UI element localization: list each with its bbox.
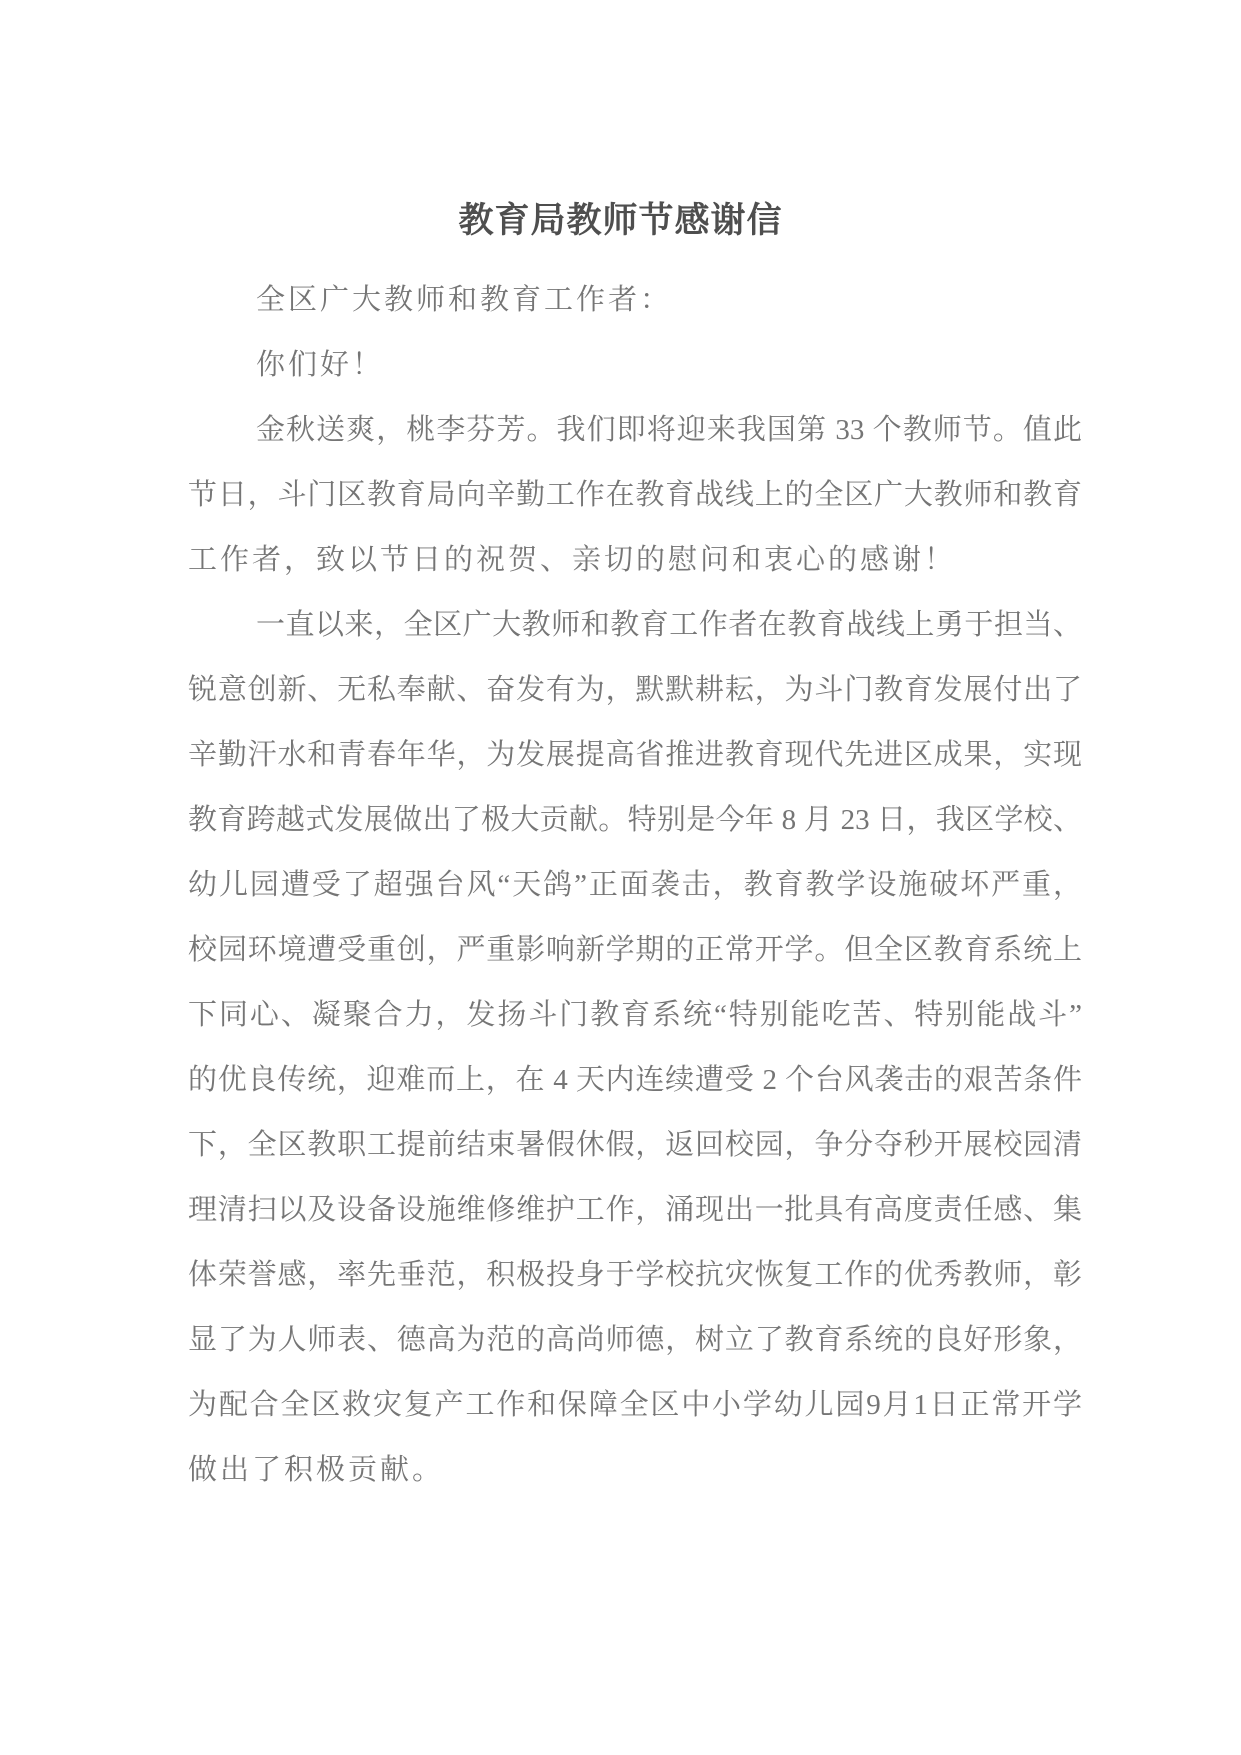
text-line: 为配合全区救灾复产工作和保障全区中小学幼儿园9月1日正常开学 <box>188 1373 1082 1438</box>
text-line: 下同心、凝聚合力，发扬斗门教育系统“特别能吃苦、特别能战斗” <box>188 983 1082 1048</box>
text-line: 辛勤汗水和青春年华，为发展提高省推进教育现代先进区成果，实现 <box>188 723 1082 788</box>
main-paragraph: 一直以来，全区广大教师和教育工作者在教育战线上勇于担当、 锐意创新、无私奉献、奋… <box>188 593 1082 1503</box>
text-line: 理清扫以及设备设施维修维护工作，涌现出一批具有高度责任感、集 <box>188 1178 1082 1243</box>
text-line: 做出了积极贡献。 <box>188 1438 1082 1503</box>
text-line: 你们好！ <box>188 333 1082 398</box>
text-line: 锐意创新、无私奉献、奋发有为，默默耕耘，为斗门教育发展付出了 <box>188 658 1082 723</box>
salutation-paragraph: 全区广大教师和教育工作者： <box>188 268 1082 333</box>
text-line: 体荣誉感，率先垂范，积极投身于学校抗灾恢复工作的优秀教师，彰 <box>188 1243 1082 1308</box>
text-line: 教育跨越式发展做出了极大贡献。特别是今年 8 月 23 日，我区学校、 <box>188 788 1082 853</box>
text-line: 工作者，致以节日的祝贺、亲切的慰问和衷心的感谢！ <box>188 528 1082 593</box>
text-line: 显了为人师表、德高为范的高尚师德，树立了教育系统的良好形象， <box>188 1308 1082 1373</box>
text-line: 金秋送爽，桃李芬芳。我们即将迎来我国第 33 个教师节。值此 <box>188 398 1082 463</box>
text-line: 幼儿园遭受了超强台风“天鸽”正面袭击，教育教学设施破坏严重， <box>188 853 1082 918</box>
letter-body: 全区广大教师和教育工作者： 你们好！ 金秋送爽，桃李芬芳。我们即将迎来我国第 3… <box>188 268 1082 1503</box>
text-line: 校园环境遭受重创，严重影响新学期的正常开学。但全区教育系统上 <box>188 918 1082 983</box>
document-page: 教育局教师节感谢信 全区广大教师和教育工作者： 你们好！ 金秋送爽，桃李芬芳。我… <box>0 0 1241 1755</box>
greeting-paragraph: 你们好！ <box>188 333 1082 398</box>
text-line: 一直以来，全区广大教师和教育工作者在教育战线上勇于担当、 <box>188 593 1082 658</box>
opening-paragraph: 金秋送爽，桃李芬芳。我们即将迎来我国第 33 个教师节。值此 节日，斗门区教育局… <box>188 398 1082 593</box>
text-line: 的优良传统，迎难而上，在 4 天内连续遭受 2 个台风袭击的艰苦条件 <box>188 1048 1082 1113</box>
text-line: 下，全区教职工提前结束暑假休假，返回校园，争分夺秒开展校园清 <box>188 1113 1082 1178</box>
text-line: 全区广大教师和教育工作者： <box>188 268 1082 333</box>
text-line: 节日，斗门区教育局向辛勤工作在教育战线上的全区广大教师和教育 <box>188 463 1082 528</box>
letter-title: 教育局教师节感谢信 <box>0 188 1241 253</box>
